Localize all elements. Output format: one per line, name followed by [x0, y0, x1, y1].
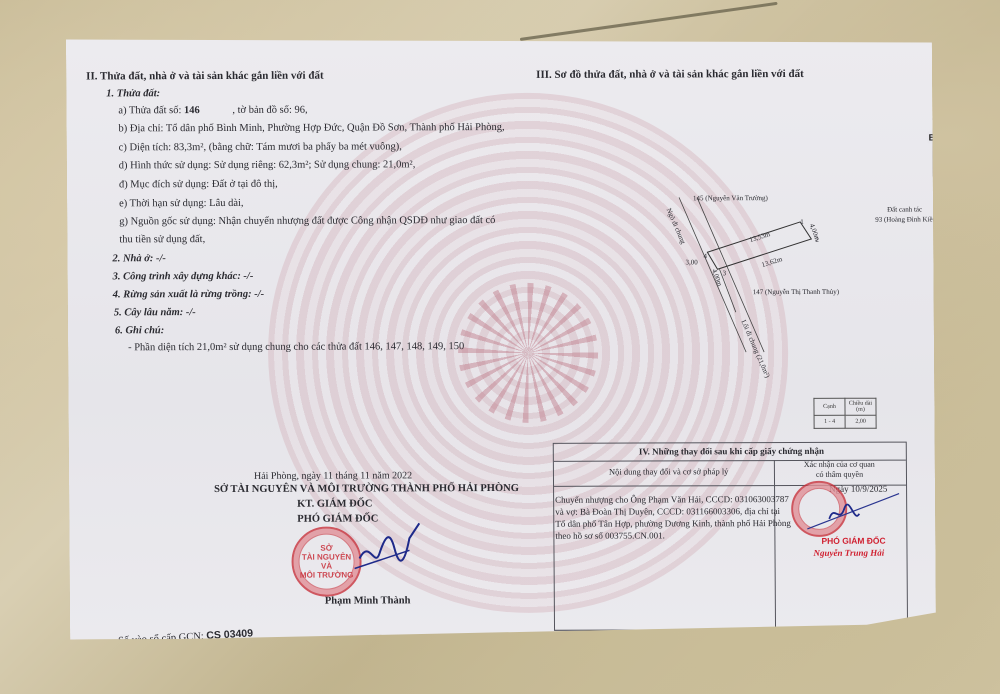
signature-mark [349, 518, 429, 578]
perennial-trees: 5. Cây lâu năm: -/- [114, 308, 196, 319]
length-header: Chiều dài (m) [845, 398, 876, 415]
stamp-line: VÀ [321, 562, 332, 571]
neighbor-east: 93 (Hoàng Đình Kiều) [875, 216, 938, 223]
parcel-number-row: a) Thửa đất số: 146 , tờ bản đồ số: 96, [118, 106, 307, 117]
neighbor-south: 147 (Nguyễn Thị Thanh Thủy) [753, 289, 839, 296]
vertex-2: 2 [815, 237, 819, 244]
production-forest: 4. Rừng sản xuất là rừng trồng: -/- [113, 290, 265, 301]
edge-cell: 1 - 4 [814, 415, 845, 428]
change-entry-line4: theo hồ sơ số 003755.CN.001. [555, 531, 665, 540]
change-entry-line1: Chuyển nhượng cho Ông Phạm Văn Hải, CCCD… [555, 495, 789, 505]
changes-col2-header-line2: có thẩm quyền [816, 471, 863, 479]
registry-value: CS 03409 [206, 627, 253, 642]
vertex-1: 1 [800, 219, 804, 226]
stamp-line: MÔI TRƯỜNG [300, 571, 354, 580]
section-iii-title: III. Sơ đồ thửa đất, nhà ở và tài sản kh… [536, 69, 804, 81]
other-construction: 3. Công trình xây dựng khác: -/- [113, 272, 254, 283]
parcel-diagram [667, 187, 868, 358]
north-label: B [928, 131, 937, 143]
place-date: Hải Phòng, ngày 11 tháng 11 năm 2022 [254, 471, 412, 482]
vertex-4: 4 [703, 253, 707, 260]
edge-length-table: Cạnh Chiều dài (m) 1 - 4 2,00 [813, 398, 876, 429]
edge-header: Cạnh [814, 398, 845, 415]
usage-form: d) Hình thức sử dụng: Sử dụng riêng: 62,… [119, 160, 416, 172]
usage-term: e) Thời hạn sử dụng: Lâu dài, [119, 199, 244, 210]
map-sheet: , tờ bản đồ số: 96, [232, 105, 307, 116]
change-entry-line2: và vợ: Bà Đoàn Thị Duyên, CCCD: 03116600… [555, 507, 780, 517]
section-iv-title: IV. Những thay đổi sau khi cấp giấy chứn… [639, 447, 824, 457]
confirm-position: PHÓ GIÁM ĐỐC [821, 537, 885, 546]
usage-origin-line2: thu tiền sử dụng đất, [119, 235, 205, 246]
usage-purpose: đ) Mục đích sử dụng: Đất ở tại đô thị, [119, 180, 278, 191]
parcel-label: a) Thửa đất số: [118, 105, 181, 116]
north-arrow-icon [932, 118, 934, 176]
section-ii-title: II. Thửa đất, nhà ở và tài sản khác gắn … [86, 71, 323, 83]
address: b) Địa chỉ: Tổ dân phố Bình Minh, Phường… [118, 123, 504, 135]
vertex-3: 3 [723, 270, 727, 277]
floor-crack [520, 2, 778, 41]
land-certificate-page: II. Thửa đất, nhà ở và tài sản khác gắn … [66, 36, 936, 639]
road-width: 3,00 [685, 259, 697, 266]
area: c) Diện tích: 83,3m², (bằng chữ: Tám mươ… [119, 142, 402, 153]
parcel-number: 146 [184, 105, 200, 116]
house: 2. Nhà ở: -/- [112, 254, 166, 265]
registry-label: Số vào sổ cấp GCN: [118, 631, 204, 647]
on-behalf-of: KT. GIÁM ĐỐC [297, 499, 372, 510]
confirm-signature-mark [799, 489, 909, 539]
changes-col2-header-line1: Xác nhận của cơ quan [804, 461, 875, 469]
change-entry-line3: Tổ dân phố Tân Hợp, phường Dương Kinh, t… [555, 519, 791, 529]
stamp-line: SỞ [320, 543, 332, 552]
confirm-signer: Nguyễn Trung Hải [813, 549, 884, 558]
usage-origin-line1: g) Nguồn gốc sử dụng: Nhận chuyển nhượng… [119, 216, 495, 228]
land-heading: 1. Thửa đất: [106, 89, 160, 100]
neighbor-north: 145 (Nguyễn Văn Trường) [693, 195, 768, 202]
issuing-agency: SỞ TÀI NGUYÊN VÀ MÔI TRƯỜNG THÀNH PHỐ HẢ… [214, 484, 519, 496]
neighbor-east-type: Đất canh tác [887, 207, 922, 214]
registry-number: Số vào sổ cấp GCN: CS 03409 [118, 628, 254, 647]
signer-name: Phạm Minh Thành [325, 596, 411, 607]
notes-heading: 6. Ghi chú: [115, 326, 164, 337]
length-cell: 2,00 [845, 415, 876, 428]
changes-col1-header: Nội dung thay đổi và cơ sở pháp lý [609, 467, 729, 476]
note-text: - Phần diện tích 21,0m² sử dụng chung ch… [128, 342, 464, 354]
stamp-line: TÀI NGUYÊN [302, 552, 351, 561]
